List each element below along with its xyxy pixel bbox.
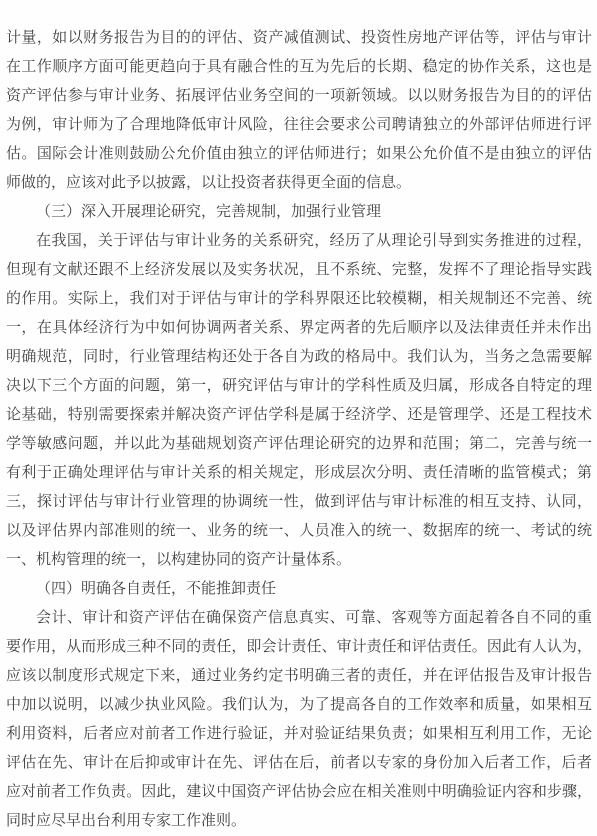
text-line: （三）深入开展理论研究，完善规制，加强行业管理	[6, 198, 592, 227]
text-line: 有利于正确处理评估与审计关系的相关规定，形成层次分明、责任清晰的监管模式；第	[6, 459, 592, 488]
text-line: 同时应尽早出台利用专家工作准则。	[6, 807, 592, 836]
text-line: 估。国际会计准则鼓励公允价值由独立的评估师进行；如果公允价值不是由独立的评估	[6, 140, 592, 169]
paragraph: 会计、审计和资产评估在确保资产信息真实、可靠、客观等方面起着各自不同的重要作用，…	[6, 604, 592, 836]
text-line: 计量，如以财务报告为目的的评估、资产减值测试、投资性房地产评估等，评估与审计	[6, 24, 592, 53]
document-page: 计量，如以财务报告为目的的评估、资产减值测试、投资性房地产评估等，评估与审计在工…	[0, 0, 597, 836]
text-line: 应该以制度形式规定下来，通过业务约定书明确三者的责任，并在评估报告及审计报告	[6, 662, 592, 691]
text-line: 应对前者工作负责。因此，建议中国资产评估协会应在相关准则中明确验证内容和步骤，	[6, 778, 592, 807]
text-line: 的作用。实际上，我们对于评估与审计的学科界限还比较模糊，相关规制还不完善、统	[6, 285, 592, 314]
text-line: 一，在具体经济行为中如何协调两者关系、界定两者的先后顺序以及法律责任并未作出	[6, 314, 592, 343]
text-line: 为例，审计师为了合理地降低审计风险，往往会要求公司聘请独立的外部评估师进行评	[6, 111, 592, 140]
paragraph: 在我国，关于评估与审计业务的关系研究，经历了从理论引导到实务推进的过程，但现有文…	[6, 227, 592, 575]
text-line: 在我国，关于评估与审计业务的关系研究，经历了从理论引导到实务推进的过程，	[6, 227, 592, 256]
text-line: 以及评估界内部准则的统一、业务的统一、人员准入的统一、数据库的统一、考试的统	[6, 517, 592, 546]
text-line: 论基础，特别需要探索并解决资产评估学科是属于经济学、还是管理学、还是工程技术	[6, 401, 592, 430]
text-line: 决以下三个方面的问题，第一，研究评估与审计的学科性质及归属，形成各自特定的理	[6, 372, 592, 401]
text-line: 三，探讨评估与审计行业管理的协调统一性，做到评估与审计标准的相互支持、认同，	[6, 488, 592, 517]
document-body: 计量，如以财务报告为目的的评估、资产减值测试、投资性房地产评估等，评估与审计在工…	[6, 24, 592, 836]
text-line: 在工作顺序方面可能更趋向于具有融合性的互为先后的长期、稳定的协作关系，这也是	[6, 53, 592, 82]
text-line: 要作用，从而形成三种不同的责任，即会计责任、审计责任和评估责任。因此有人认为，	[6, 633, 592, 662]
text-line: （四）明确各自责任，不能推卸责任	[6, 575, 592, 604]
paragraph: 计量，如以财务报告为目的的评估、资产减值测试、投资性房地产评估等，评估与审计在工…	[6, 24, 592, 198]
section-heading: （四）明确各自责任，不能推卸责任	[6, 575, 592, 604]
text-line: 资产评估参与审计业务、拓展评估业务空间的一项新领域。以以财务报告为目的的评估	[6, 82, 592, 111]
section-heading: （三）深入开展理论研究，完善规制，加强行业管理	[6, 198, 592, 227]
text-line: 师做的，应该对此予以披露，以让投资者获得更全面的信息。	[6, 169, 592, 198]
text-line: 但现有文献还跟不上经济发展以及实务状况，且不系统、完整，发挥不了理论指导实践	[6, 256, 592, 285]
text-line: 评估在先、审计在后抑或审计在先、评估在后，前者以专家的身份加入后者工作，后者	[6, 749, 592, 778]
text-line: 中加以说明，以减少执业风险。我们认为，为了提高各自的工作效率和质量，如果相互	[6, 691, 592, 720]
text-line: 一、机构管理的统一，以构建协同的资产计量体系。	[6, 546, 592, 575]
text-line: 学等敏感问题，并以此为基础规划资产评估理论研究的边界和范围；第二，完善与统一	[6, 430, 592, 459]
text-line: 明确规范，同时，行业管理结构还处于各自为政的格局中。我们认为，当务之急需要解	[6, 343, 592, 372]
text-line: 利用资料，后者应对前者工作进行验证，并对验证结果负责；如果相互利用工作，无论	[6, 720, 592, 749]
text-line: 会计、审计和资产评估在确保资产信息真实、可靠、客观等方面起着各自不同的重	[6, 604, 592, 633]
